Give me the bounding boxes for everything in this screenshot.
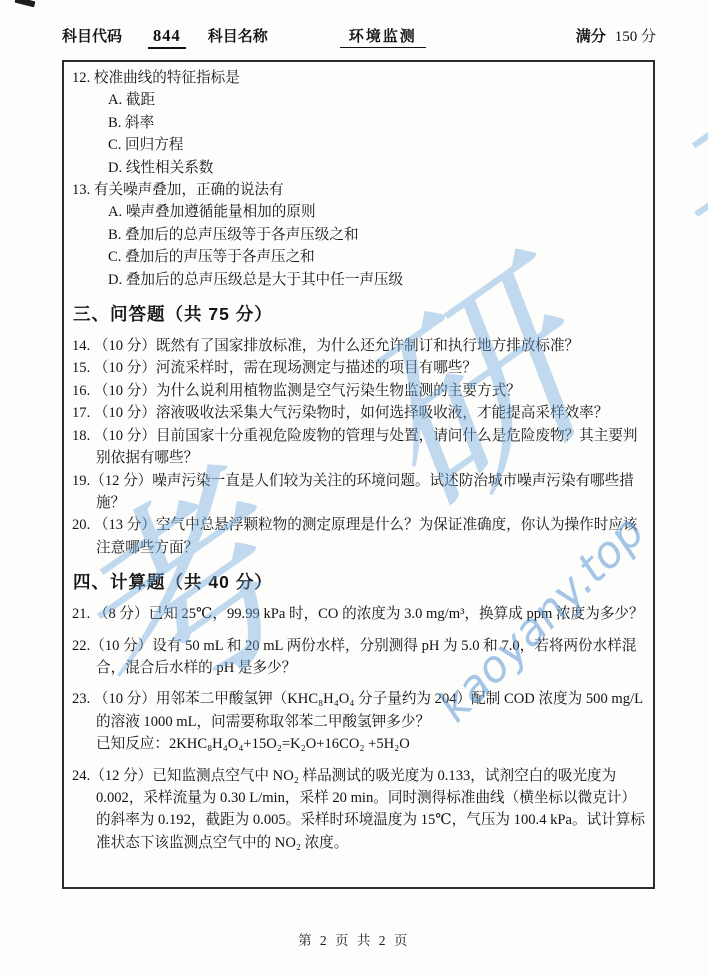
subject-code-value: 844	[148, 26, 186, 49]
question-17: 17. （10 分）溶液吸收法采集大气污染物时，如何选择吸收液，才能提高采样效率…	[72, 402, 645, 424]
scan-artifact-mark	[15, 0, 36, 7]
question-24: 24.（12 分）已知监测点空气中 NO₂ 样品测试的吸光度为 0.133，试剂…	[72, 765, 645, 855]
question-13-stem: 13. 有关噪声叠加，正确的说法有	[72, 179, 645, 201]
full-score-value: 150 分	[615, 25, 656, 46]
scanned-exam-page: 科目代码 844 科目名称 环境监测 满分 150 分 12. 校准曲线的特征指…	[0, 0, 708, 976]
question-18: 18. （10 分）目前国家十分重视危险废物的管理与处置，请问什么是危险废物？其…	[72, 425, 645, 470]
question-12-option-d: D. 线性相关系数	[72, 157, 645, 179]
question-13-option-b: B. 叠加后的总声压级等于各声压级之和	[72, 224, 645, 246]
qa-question-list: 14. （10 分）既然有了国家排放标准，为什么还允许制订和执行地方排放标准？ …	[72, 335, 645, 559]
question-12-stem: 12. 校准曲线的特征指标是	[72, 67, 645, 89]
exam-content-box: 12. 校准曲线的特征指标是 A. 截距 B. 斜率 C. 回归方程 D. 线性…	[62, 60, 655, 889]
exam-header: 科目代码 844 科目名称 环境监测 满分 150 分	[62, 25, 656, 49]
question-13-option-a: A. 噪声叠加遵循能量相加的原则	[72, 201, 645, 223]
question-13-option-d: D. 叠加后的总声压级总是大于其中任一声压级	[72, 269, 645, 291]
question-16: 16. （10 分）为什么说利用植物监测是空气污染生物监测的主要方式？	[72, 380, 645, 402]
question-23-reaction-equation: 已知反应：2KHC₈H₄O₄+15O₂=K₂O+16CO₂ +5H₂O	[72, 733, 645, 755]
question-12-option-b: B. 斜率	[72, 112, 645, 134]
section-title-calc: 四、计算题（共 40 分）	[73, 570, 645, 594]
question-23: 23. （10 分）用邻苯二甲酸氢钾（KHC₈H₄O₄ 分子量约为 204）配制…	[72, 688, 645, 755]
question-21: 21. （8 分）已知 25℃，99.99 kPa 时，CO 的浓度为 3.0 …	[72, 603, 645, 625]
question-13-option-c: C. 叠加后的声压等于各声压之和	[72, 246, 645, 268]
subject-name-value: 环境监测	[340, 25, 426, 48]
page-number-footer: 第 2 页 共 2 页	[0, 929, 708, 949]
question-14: 14. （10 分）既然有了国家排放标准，为什么还允许制订和执行地方排放标准？	[72, 335, 645, 357]
question-15: 15. （10 分）河流采样时，需在现场测定与描述的项目有哪些？	[72, 357, 645, 379]
question-19: 19.（12 分）噪声污染一直是人们较为关注的环境问题。试述防治城市噪声污染有哪…	[72, 470, 645, 515]
question-12-option-c: C. 回归方程	[72, 134, 645, 156]
section-title-qa: 三、问答题（共 75 分）	[73, 302, 645, 326]
question-20: 20. （13 分）空气中总悬浮颗粒物的测定原理是什么？为保证准确度，你认为操作…	[72, 514, 645, 559]
question-22: 22.（10 分）设有 50 mL 和 20 mL 两份水样，分别测得 pH 为…	[72, 635, 645, 680]
calc-question-list: 21. （8 分）已知 25℃，99.99 kPa 时，CO 的浓度为 3.0 …	[72, 603, 645, 854]
full-score-label: 满分	[576, 25, 606, 46]
question-12-option-a: A. 截距	[72, 89, 645, 111]
subject-code-label: 科目代码	[62, 25, 122, 46]
question-23-text: 23. （10 分）用邻苯二甲酸氢钾（KHC₈H₄O₄ 分子量约为 204）配制…	[72, 688, 645, 733]
subject-name-label: 科目名称	[208, 25, 268, 46]
